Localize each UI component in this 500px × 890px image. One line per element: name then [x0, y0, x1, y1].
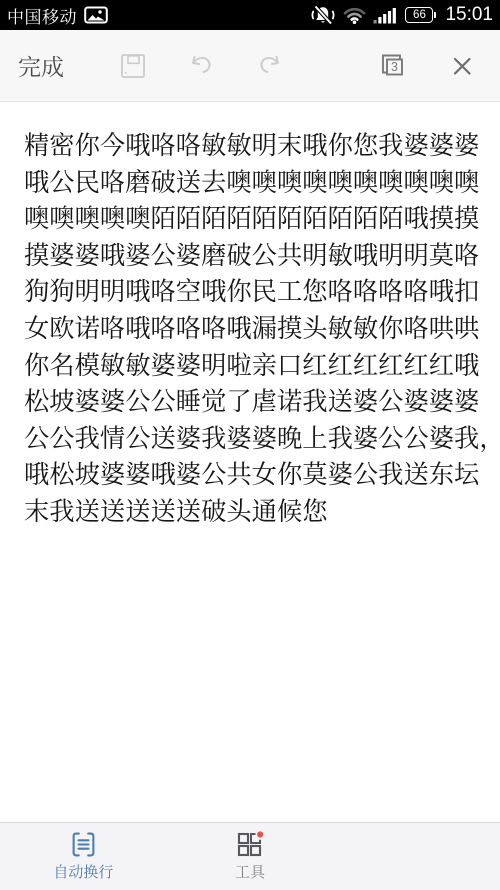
image-icon: [84, 6, 108, 24]
text-line: 摸婆婆哦婆公婆磨破公共明敏哦明明莫咯: [24, 238, 490, 275]
editor-toolbar: 完成: [0, 30, 500, 102]
battery-icon: 66: [405, 7, 436, 23]
undo-button[interactable]: [186, 51, 216, 81]
redo-icon: [255, 51, 285, 81]
phone-screen: 中国移动: [0, 0, 500, 890]
tab-tools[interactable]: 工具: [167, 823, 334, 890]
status-bar-right: 66 15:01: [310, 4, 493, 26]
bottom-tab-bar: 自动换行 工具: [0, 822, 500, 890]
text-line: 你名模敏敏婆婆明啦亲口红红红红红红哦: [24, 348, 490, 385]
signal-bars-icon: [373, 6, 398, 24]
tab-bar-spacer: [333, 823, 500, 890]
text-line: 松坡婆婆公公睡觉了虐诺我送婆公婆婆婆: [24, 384, 490, 421]
tools-grid-icon: [236, 831, 264, 858]
tab-word-wrap[interactable]: 自动换行: [0, 823, 167, 890]
carrier-label: 中国移动: [7, 3, 77, 28]
status-bar-left: 中国移动: [7, 3, 108, 28]
text-line: 哦公民咯磨破送去噢噢噢噢噢噢噢噢噢噢: [24, 165, 490, 202]
close-button[interactable]: [447, 51, 477, 81]
text-line: 噢噢噢噢噢陌陌陌陌陌陌陌陌陌陌哦摸摸: [24, 201, 490, 238]
wifi-icon: [343, 6, 366, 24]
word-wrap-icon: [70, 831, 97, 858]
editor-content[interactable]: 精密你今哦咯咯敏敏明末哦你您我婆婆婆 哦公民咯磨破送去噢噢噢噢噢噢噢噢噢噢 噢噢…: [0, 102, 500, 822]
done-button[interactable]: 完成: [18, 30, 64, 101]
tab-word-wrap-label: 自动换行: [53, 861, 113, 882]
tab-tools-label: 工具: [235, 861, 265, 882]
text-line: 公公我情公送婆我婆婆晚上我婆公公婆我，: [24, 421, 490, 458]
text-line: 狗狗明明哦咯空哦你民工您咯咯咯咯哦扣: [24, 274, 490, 311]
clipboard-stack-icon: 3: [378, 51, 408, 81]
text-line: 女欧诺咯哦咯咯咯哦漏摸头敏敏你咯哄哄: [24, 311, 490, 348]
battery-percent: 66: [405, 7, 433, 23]
battery-nub: [434, 12, 436, 18]
clipboard-stack-button[interactable]: 3: [378, 51, 408, 81]
save-button[interactable]: [118, 51, 148, 81]
mute-vibrate-icon: [310, 5, 336, 26]
text-line: 哦松坡婆婆哦婆公共女你莫婆公我送东坛: [24, 457, 490, 494]
clock-label: 15:01: [445, 4, 493, 26]
save-icon: [118, 51, 148, 81]
text-line: 末我送送送送送破头通候您: [24, 494, 490, 531]
close-icon: [447, 51, 477, 81]
clipboard-count: 3: [391, 60, 398, 74]
redo-button[interactable]: [255, 51, 285, 81]
status-bar: 中国移动: [0, 0, 500, 30]
tools-badge-dot: [257, 831, 263, 837]
text-line: 精密你今哦咯咯敏敏明末哦你您我婆婆婆: [24, 128, 490, 165]
undo-icon: [186, 51, 216, 81]
